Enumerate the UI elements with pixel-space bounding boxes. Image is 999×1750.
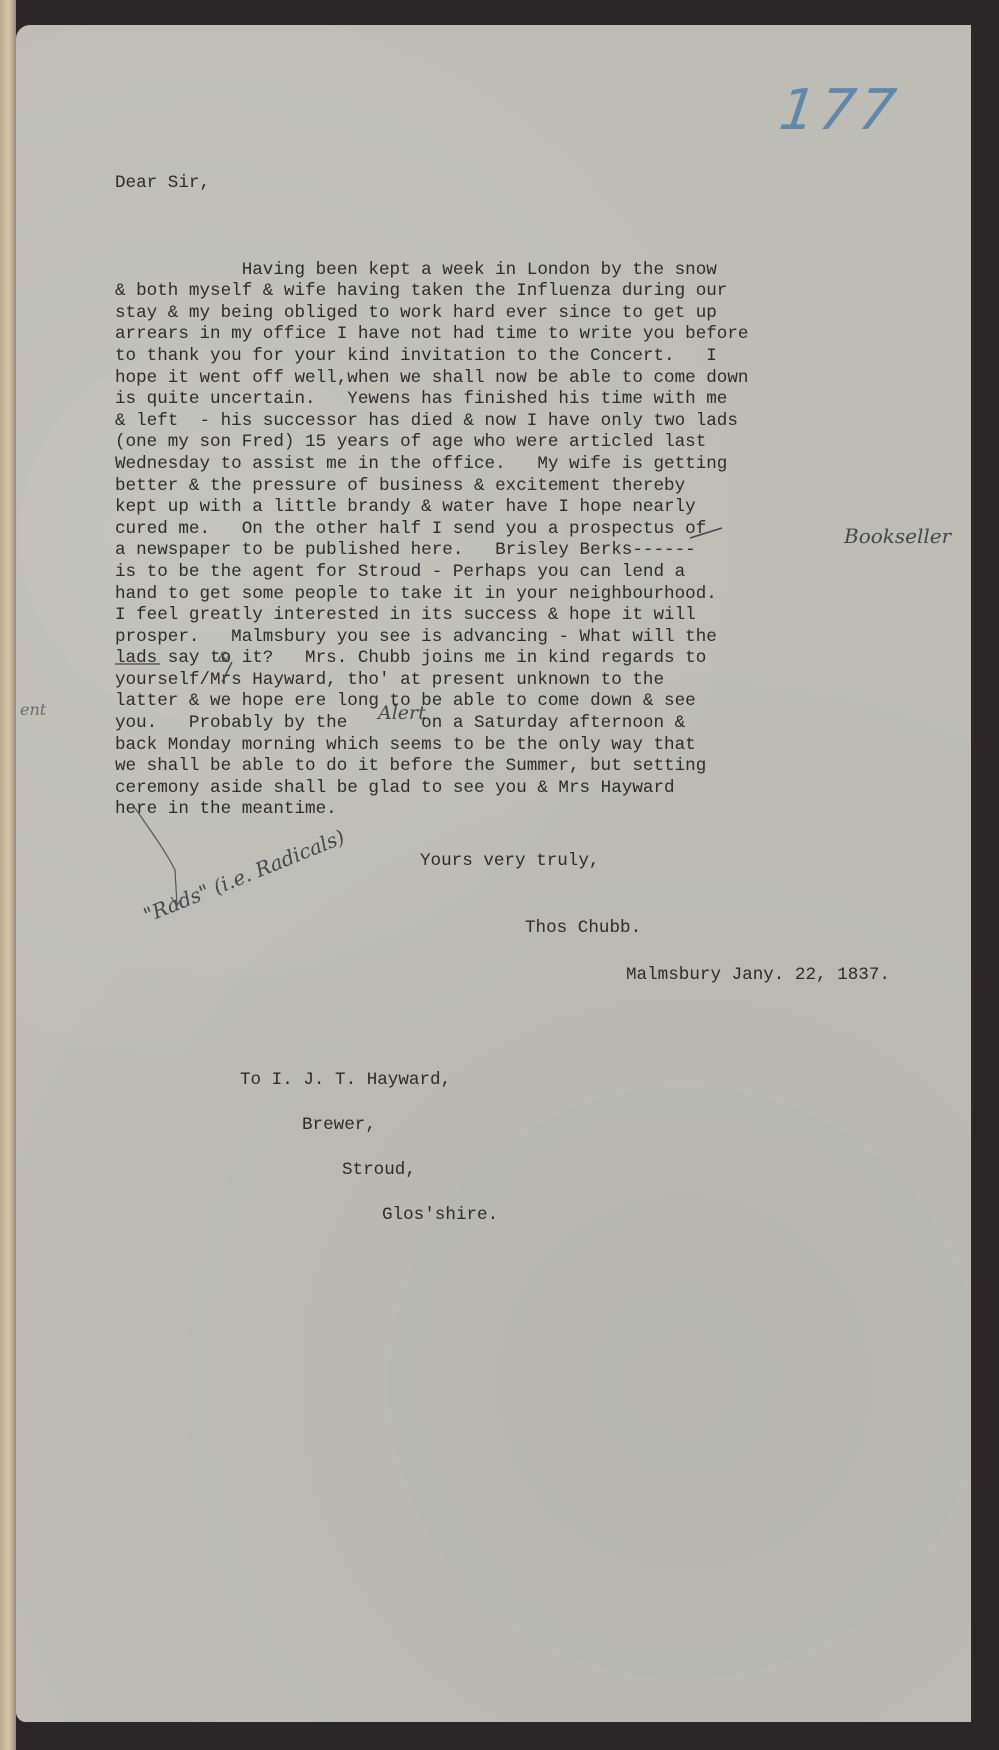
- folio-number: 177: [775, 78, 903, 143]
- handwritten-ampersand: &: [218, 650, 230, 666]
- body-line: Having been kept a week in London by the…: [115, 260, 748, 282]
- body-line: arrears in my office I have not had time…: [115, 324, 748, 346]
- book-binding-edge: [0, 0, 16, 1750]
- address-line: Glos'shire.: [382, 1205, 498, 1225]
- body-line: & both myself & wife having taken the In…: [115, 281, 748, 303]
- body-line: better & the pressure of business & exci…: [115, 476, 748, 498]
- letter-body: Having been kept a week in London by the…: [115, 238, 748, 843]
- handwritten-alert: Alert: [378, 702, 426, 724]
- signature: Thos Chubb.: [525, 918, 641, 940]
- handwritten-bookseller: Bookseller: [844, 524, 951, 548]
- body-line: yourself/Mrs Hayward, tho' at present un…: [115, 670, 748, 692]
- body-line: ceremony aside shall be glad to see you …: [115, 778, 748, 800]
- body-line: a newspaper to be published here. Brisle…: [115, 540, 748, 562]
- body-line: we shall be able to do it before the Sum…: [115, 756, 748, 778]
- body-line: Wednesday to assist me in the office. My…: [115, 454, 748, 476]
- body-line: is quite uncertain. Yewens has finished …: [115, 389, 748, 411]
- salutation: Dear Sir,: [115, 173, 210, 195]
- body-line: (one my son Fred) 15 years of age who we…: [115, 432, 748, 454]
- body-line: latter & we hope ere long to be able to …: [115, 691, 748, 713]
- closing: Yours very truly,: [420, 851, 600, 873]
- body-line: is to be the agent for Stroud - Perhaps …: [115, 562, 748, 584]
- body-line: to thank you for your kind invitation to…: [115, 346, 748, 368]
- body-line: hand to get some people to take it in yo…: [115, 584, 748, 606]
- handwritten-margin-fragment: ent: [20, 700, 46, 719]
- body-line: stay & my being obliged to work hard eve…: [115, 303, 748, 325]
- body-line: & left - his successor has died & now I …: [115, 411, 748, 433]
- address-line: Brewer,: [302, 1115, 376, 1135]
- address-line: To I. J. T. Hayward,: [240, 1070, 451, 1090]
- body-line: back Monday morning which seems to be th…: [115, 735, 748, 757]
- place-date: Malmsbury Jany. 22, 1837.: [626, 965, 890, 987]
- body-line: hope it went off well,when we shall now …: [115, 368, 748, 390]
- body-line: you. Probably by the on a Saturday after…: [115, 713, 748, 735]
- body-line: prosper. Malmsbury you see is advancing …: [115, 627, 748, 649]
- address-line: Stroud,: [342, 1160, 416, 1180]
- body-line: I feel greatly interested in its success…: [115, 605, 748, 627]
- body-line: here in the meantime.: [115, 799, 748, 821]
- body-line: cured me. On the other half I send you a…: [115, 519, 748, 541]
- body-line: lads say to it? Mrs. Chubb joins me in k…: [115, 648, 748, 670]
- body-line: kept up with a little brandy & water hav…: [115, 497, 748, 519]
